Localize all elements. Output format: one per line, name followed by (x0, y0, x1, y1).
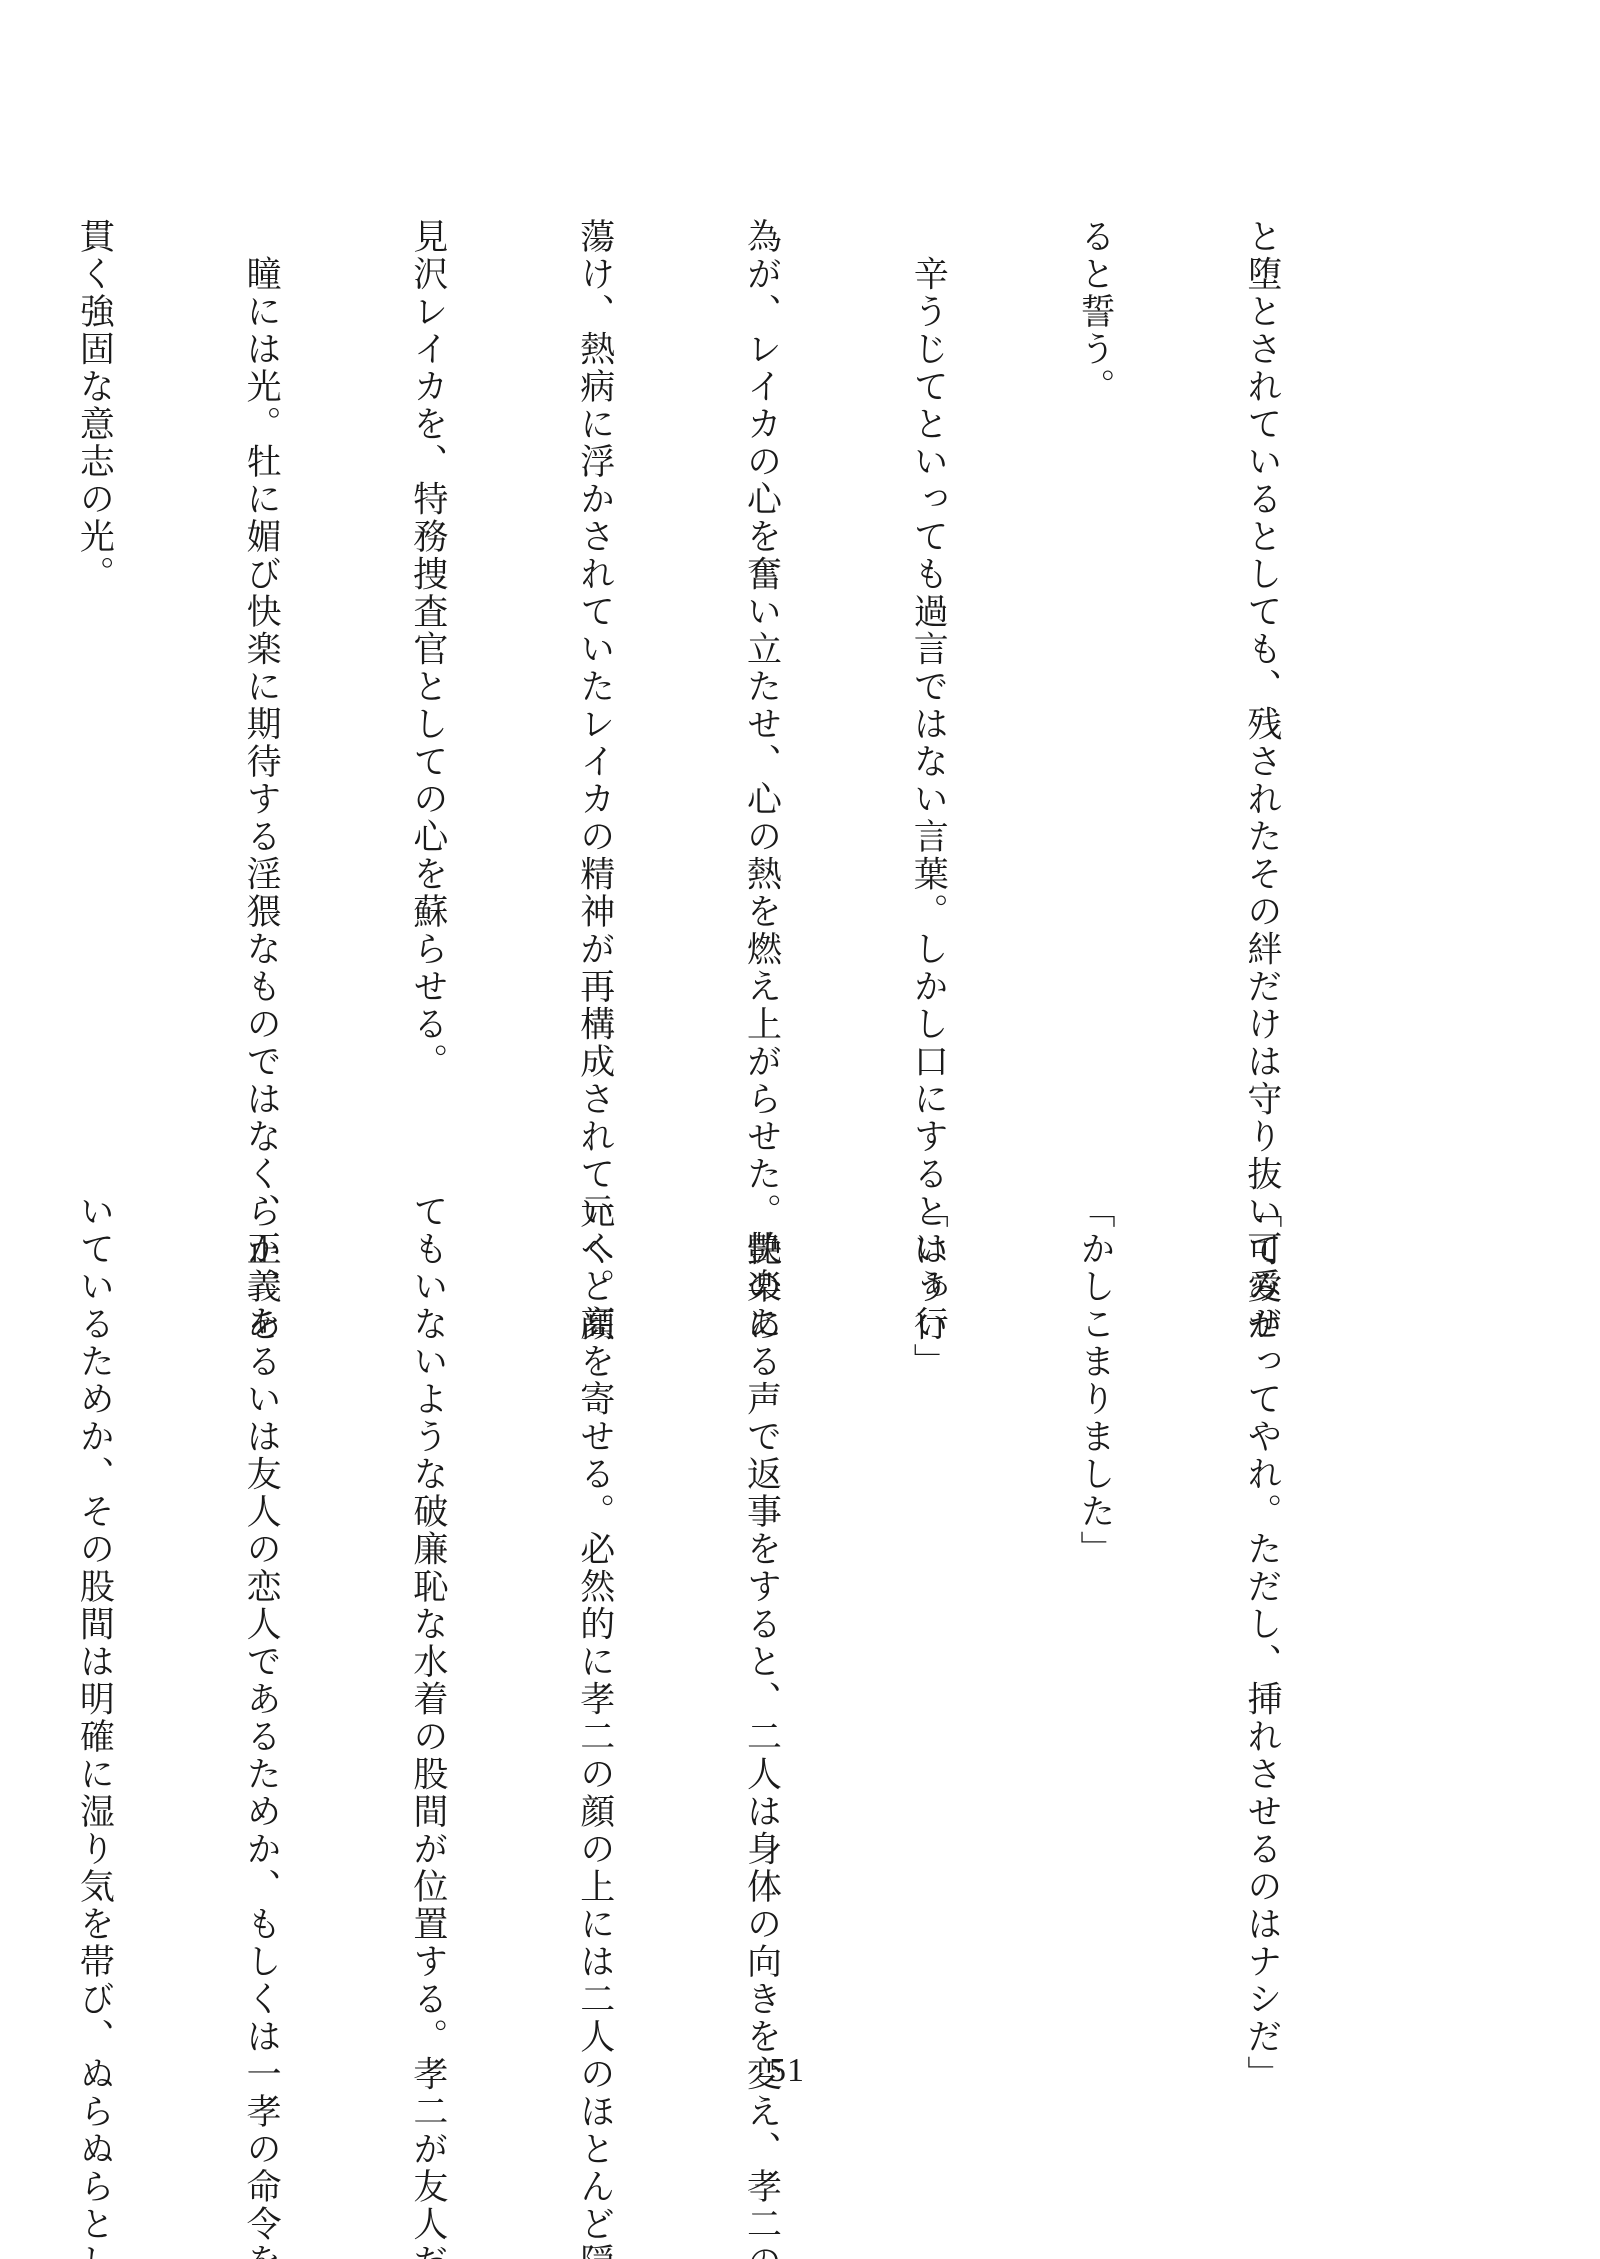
text-line: 辛うじてといっても過言ではない言葉。しかし口にするという行 (900, 218, 956, 1058)
dialogue-line: 「可愛がってやれ。ただし、挿れさせるのはナシだ」 (1233, 1193, 1289, 2033)
text-line: 艶のある声で返事をすると、二人は身体の向きを変え、孝二の腰 (733, 1193, 789, 2033)
text-line: 蕩け、熱病に浮かされていたレイカの精神が再構成されていく。高 (566, 218, 622, 1058)
dialogue-line: 「かしこまりました」 (1066, 1193, 1122, 2033)
text-line: 見沢レイカを、特務捜査官としての心を蘇らせる。 (399, 218, 455, 1058)
text-line: ると誓う。 (1066, 218, 1122, 1058)
page-number: 51 (0, 2052, 1574, 2090)
text-line: らか、あるいは友人の恋人であるためか、もしくは一孝の命令を聞 (233, 1193, 289, 2033)
text-line: と堕とされているとしても、残されたその絆だけは守り抜いてみせ (1233, 218, 1289, 1058)
text-line: てもいないような破廉恥な水着の股間が位置する。孝二が友人だか (399, 1193, 455, 2033)
lower-text-block: 「可愛がってやれ。ただし、挿れさせるのはナシだ」 「かしこまりました」 「はぁい… (220, 1193, 1400, 2033)
text-line: 貫く強固な意志の光。 (66, 218, 122, 1058)
text-line: 元へと顔を寄せる。必然的に孝二の顔の上には二人のほとんど隠れ (566, 1193, 622, 2033)
text-line: 為が、レイカの心を奮い立たせ、心の熱を燃え上がらせた。快楽に (733, 218, 789, 1058)
text-line: 瞳には光。牡に媚び快楽に期待する淫猥なものではなく、正義を (233, 218, 289, 1058)
upper-text-block: と堕とされているとしても、残されたその絆だけは守り抜いてみせ ると誓う。 辛うじ… (220, 218, 1400, 1058)
text-line: いているためか、その股間は明確に湿り気を帯び、ぬらぬらとした (66, 1193, 122, 2033)
dialogue-line: 「はぁい」 (900, 1193, 956, 2033)
